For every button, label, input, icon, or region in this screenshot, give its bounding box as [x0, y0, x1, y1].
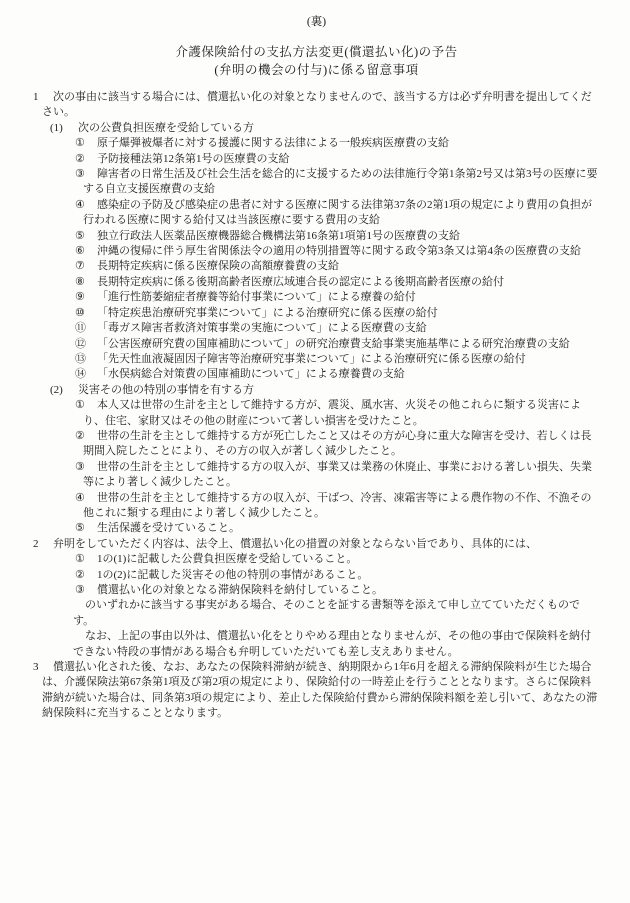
list-item: ⑤生活保護を受けていること。	[33, 521, 600, 536]
item-marker: ⑭	[75, 367, 97, 382]
section-3-text: 償還払い化された後、なお、あなたの保険料滞納が続き、納期限から1年6月を超える滞…	[42, 661, 597, 719]
item-marker: ⑨	[75, 290, 97, 305]
item-marker: ③	[75, 583, 97, 598]
list-item: ④世帯の生計を主として維持する方の収入が、干ばつ、冷害、凍霜害等による農作物の不…	[33, 491, 600, 522]
item-marker: ④	[75, 198, 97, 213]
list-item: ⑪「毒ガス障害者救済対策事業の実施について」による医療費の支給	[33, 321, 600, 336]
item-text: 世帯の生計を主として維持する方の収入が、干ばつ、冷害、凍霜害等による農作物の不作…	[83, 492, 592, 519]
item-marker: ②	[75, 152, 97, 167]
list-item: ⑨「進行性筋萎縮症者療養等給付事業について」による療養の給付	[33, 290, 600, 305]
list-item: ②世帯の生計を主として維持する方が死亡したこと又はその方が心身に重大な障害を受け…	[33, 429, 600, 460]
list-item: ⑧長期特定疾病に係る後期高齢者医療広域連合長の認定による後期高齢者医療の給付	[33, 275, 600, 290]
section-1-1-text: 次の公費負担医療を受給している方	[78, 122, 254, 134]
item-text: 長期特定疾病に係る後期高齢者医療広域連合長の認定による後期高齢者医療の給付	[97, 276, 504, 288]
item-marker: ③	[75, 167, 97, 182]
section-3-number: 3	[33, 660, 53, 675]
section-1-1: (1)次の公費負担医療を受給している方	[33, 121, 600, 136]
section-2: 2弁明をしていただく内容は、法令上、償還払い化の措置の対象とならない旨であり、具…	[33, 537, 600, 552]
list-item: ⑫「公害医療研究費の国庫補助について」の研究治療費支給事業実施基準による研究治療…	[33, 337, 600, 352]
item-marker: ④	[75, 491, 97, 506]
item-marker: ⑪	[75, 321, 97, 336]
list-item: ⑦長期特定疾病に係る医療保険の高額療養費の支給	[33, 259, 600, 274]
item-text: 「特定疾患治療研究事業について」による治療研究に係る医療の給付	[97, 307, 438, 319]
list-item: ②1の(2)に記載した災害その他の特別の事情があること。	[33, 568, 600, 583]
item-marker: ⑩	[75, 306, 97, 321]
section-2-note-1: のいずれかに該当する事実がある場合、そのことを証する書類等を添えて申し立てていた…	[33, 598, 600, 629]
item-text: 世帯の生計を主として維持する方が死亡したこと又はその方が心身に重大な障害を受け、…	[83, 430, 592, 457]
section-1-text: 次の事由に該当する場合には、償還払い化の対象となりませんので、該当する方は必ず弁…	[42, 91, 592, 118]
section-2-note-2: なお、上記の事由以外は、償還払い化をとりやめる理由となりませんが、その他の事由で…	[33, 629, 600, 660]
section-2-number: 2	[33, 537, 53, 552]
section-1-2-number: (2)	[50, 383, 78, 398]
document-body: 1次の事由に該当する場合には、償還払い化の対象となりませんので、該当する方は必ず…	[33, 90, 600, 722]
item-text: 原子爆弾被爆者に対する援護に関する法律による一般疾病医療費の支給	[97, 137, 449, 149]
list-item: ①本人又は世帯の生計を主として維持する方が、震災、風水害、火災その他これらに類す…	[33, 398, 600, 429]
item-text: 1の(1)に記載した公費負担医療を受給していること。	[97, 553, 357, 565]
list-item: ⑭「水俣病総合対策費の国庫補助について」による療養費の支給	[33, 367, 600, 382]
section-1-1-number: (1)	[50, 121, 78, 136]
item-marker: ⑧	[75, 275, 97, 290]
item-marker: ⑦	[75, 259, 97, 274]
item-marker: ⑫	[75, 337, 97, 352]
item-text: 「進行性筋萎縮症者療養等給付事業について」による療養の給付	[97, 291, 416, 303]
list-item: ⑩「特定疾患治療研究事業について」による治療研究に係る医療の給付	[33, 306, 600, 321]
item-text: 生活保護を受けていること。	[97, 522, 240, 534]
list-item: ⑤独立行政法人医薬品医療機器総合機構法第16条第1項第1号の医療費の支給	[33, 229, 600, 244]
item-text: 「先天性血液凝固因子障害等治療研究事業について」による治療研究に係る医療の給付	[97, 353, 526, 365]
item-marker: ①	[75, 552, 97, 567]
item-text: 世帯の生計を主として維持する方の収入が、事業又は業務の休廃止、事業における著しい…	[83, 461, 592, 488]
item-text: 1の(2)に記載した災害その他の特別の事情があること。	[97, 569, 368, 581]
list-item: ⑬「先天性血液凝固因子障害等治療研究事業について」による治療研究に係る医療の給付	[33, 352, 600, 367]
item-marker: ②	[75, 568, 97, 583]
title-line-1: 介護保険給付の支払方法変更(償還払い化)の予告	[33, 43, 600, 61]
list-item: ③障害者の日常生活及び社会生活を総合的に支援するための法律施行令第1条第2号又は…	[33, 167, 600, 198]
item-text: 「公害医療研究費の国庫補助について」の研究治療費支給事業実施基準による研究治療費…	[97, 338, 570, 350]
title-line-2: (弁明の機会の付与)に係る留意事項	[33, 61, 600, 79]
list-item: ①原子爆弾被爆者に対する援護に関する法律による一般疾病医療費の支給	[33, 136, 600, 151]
item-text: 本人又は世帯の生計を主として維持する方が、震災、風水害、火災その他これらに類する…	[83, 399, 581, 426]
item-text: 長期特定疾病に係る医療保険の高額療養費の支給	[97, 260, 339, 272]
document-page: (裏) 介護保険給付の支払方法変更(償還払い化)の予告 (弁明の機会の付与)に係…	[0, 0, 630, 903]
section-1-number: 1	[33, 90, 53, 105]
item-marker: ⑬	[75, 352, 97, 367]
item-text: 感染症の予防及び感染症の患者に対する医療に関する法律第37条の2第1項の規定によ…	[83, 199, 592, 226]
item-text: 沖縄の復帰に伴う厚生省関係法令の適用の特別措置等に関する政令第3条又は第4条の医…	[97, 245, 581, 257]
list-item: ③世帯の生計を主として維持する方の収入が、事業又は業務の休廃止、事業における著し…	[33, 460, 600, 491]
item-text: 「毒ガス障害者救済対策事業の実施について」による医療費の支給	[97, 322, 427, 334]
list-item: ⑥沖縄の復帰に伴う厚生省関係法令の適用の特別措置等に関する政令第3条又は第4条の…	[33, 244, 600, 259]
item-marker: ⑤	[75, 229, 97, 244]
section-1-2-text: 災害その他の特別の事情を有する方	[78, 384, 254, 396]
list-item: ③償還払い化の対象となる滞納保険料を納付していること。	[33, 583, 600, 598]
item-text: 障害者の日常生活及び社会生活を総合的に支援するための法律施行令第1条第2号又は第…	[83, 168, 598, 195]
page-side-label: (裏)	[33, 15, 600, 30]
item-marker: ②	[75, 429, 97, 444]
item-text: 償還払い化の対象となる滞納保険料を納付していること。	[97, 584, 383, 596]
document-title: 介護保険給付の支払方法変更(償還払い化)の予告 (弁明の機会の付与)に係る留意事…	[33, 43, 600, 79]
item-text: 予防接種法第12条第1号の医療費の支給	[97, 153, 290, 165]
section-2-text: 弁明をしていただく内容は、法令上、償還払い化の措置の対象とならない旨であり、具体…	[53, 538, 537, 550]
item-marker: ⑤	[75, 521, 97, 536]
item-marker: ⑥	[75, 244, 97, 259]
item-marker: ①	[75, 398, 97, 413]
item-marker: ③	[75, 460, 97, 475]
section-3: 3償還払い化された後、なお、あなたの保険料滞納が続き、納期限から1年6月を超える…	[33, 660, 600, 722]
section-1-2: (2)災害その他の特別の事情を有する方	[33, 383, 600, 398]
item-text: 独立行政法人医薬品医療機器総合機構法第16条第1項第1号の医療費の支給	[97, 230, 460, 242]
list-item: ②予防接種法第12条第1号の医療費の支給	[33, 152, 600, 167]
list-item: ④感染症の予防及び感染症の患者に対する医療に関する法律第37条の2第1項の規定に…	[33, 198, 600, 229]
list-item: ①1の(1)に記載した公費負担医療を受給していること。	[33, 552, 600, 567]
item-text: 「水俣病総合対策費の国庫補助について」による療養費の支給	[97, 368, 405, 380]
item-marker: ①	[75, 136, 97, 151]
section-1: 1次の事由に該当する場合には、償還払い化の対象となりませんので、該当する方は必ず…	[33, 90, 600, 121]
